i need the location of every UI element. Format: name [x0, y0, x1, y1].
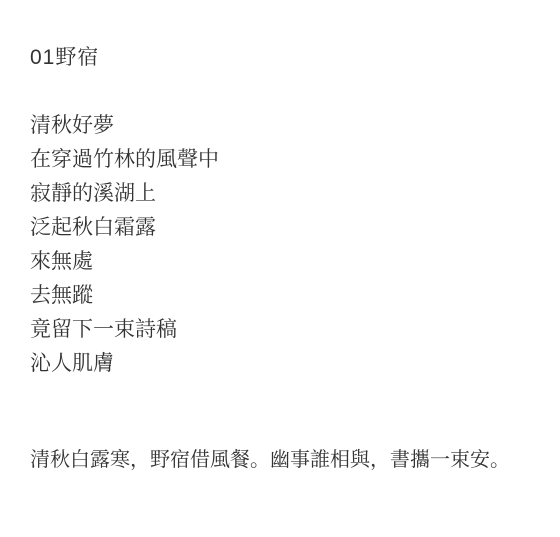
poem-line-6: 去無蹤	[30, 279, 544, 313]
document-page: 01野宿 清秋好夢 在穿過竹林的風聲中 寂靜的溪湖上 泛起秋白霜露 來無處 去無…	[0, 0, 560, 537]
poem-line-4: 泛起秋白霜露	[30, 211, 544, 245]
poem-content: 01野宿 清秋好夢 在穿過竹林的風聲中 寂靜的溪湖上 泛起秋白霜露 來無處 去無…	[30, 41, 544, 477]
blank-gap	[30, 381, 544, 443]
blank-line	[30, 75, 544, 109]
poem-line-5: 來無處	[30, 245, 544, 279]
poem-line-2: 在穿過竹林的風聲中	[30, 143, 544, 177]
poem-line-8: 沁人肌膚	[30, 347, 544, 381]
poem-line-1: 清秋好夢	[30, 109, 544, 143]
poem-line-7: 竟留下一束詩稿	[30, 313, 544, 347]
closing-line: 清秋白露寒，野宿借風餐。幽事誰相與，書攜一束安。	[30, 443, 544, 477]
poem-title: 01野宿	[30, 41, 544, 75]
poem-line-3: 寂靜的溪湖上	[30, 177, 544, 211]
